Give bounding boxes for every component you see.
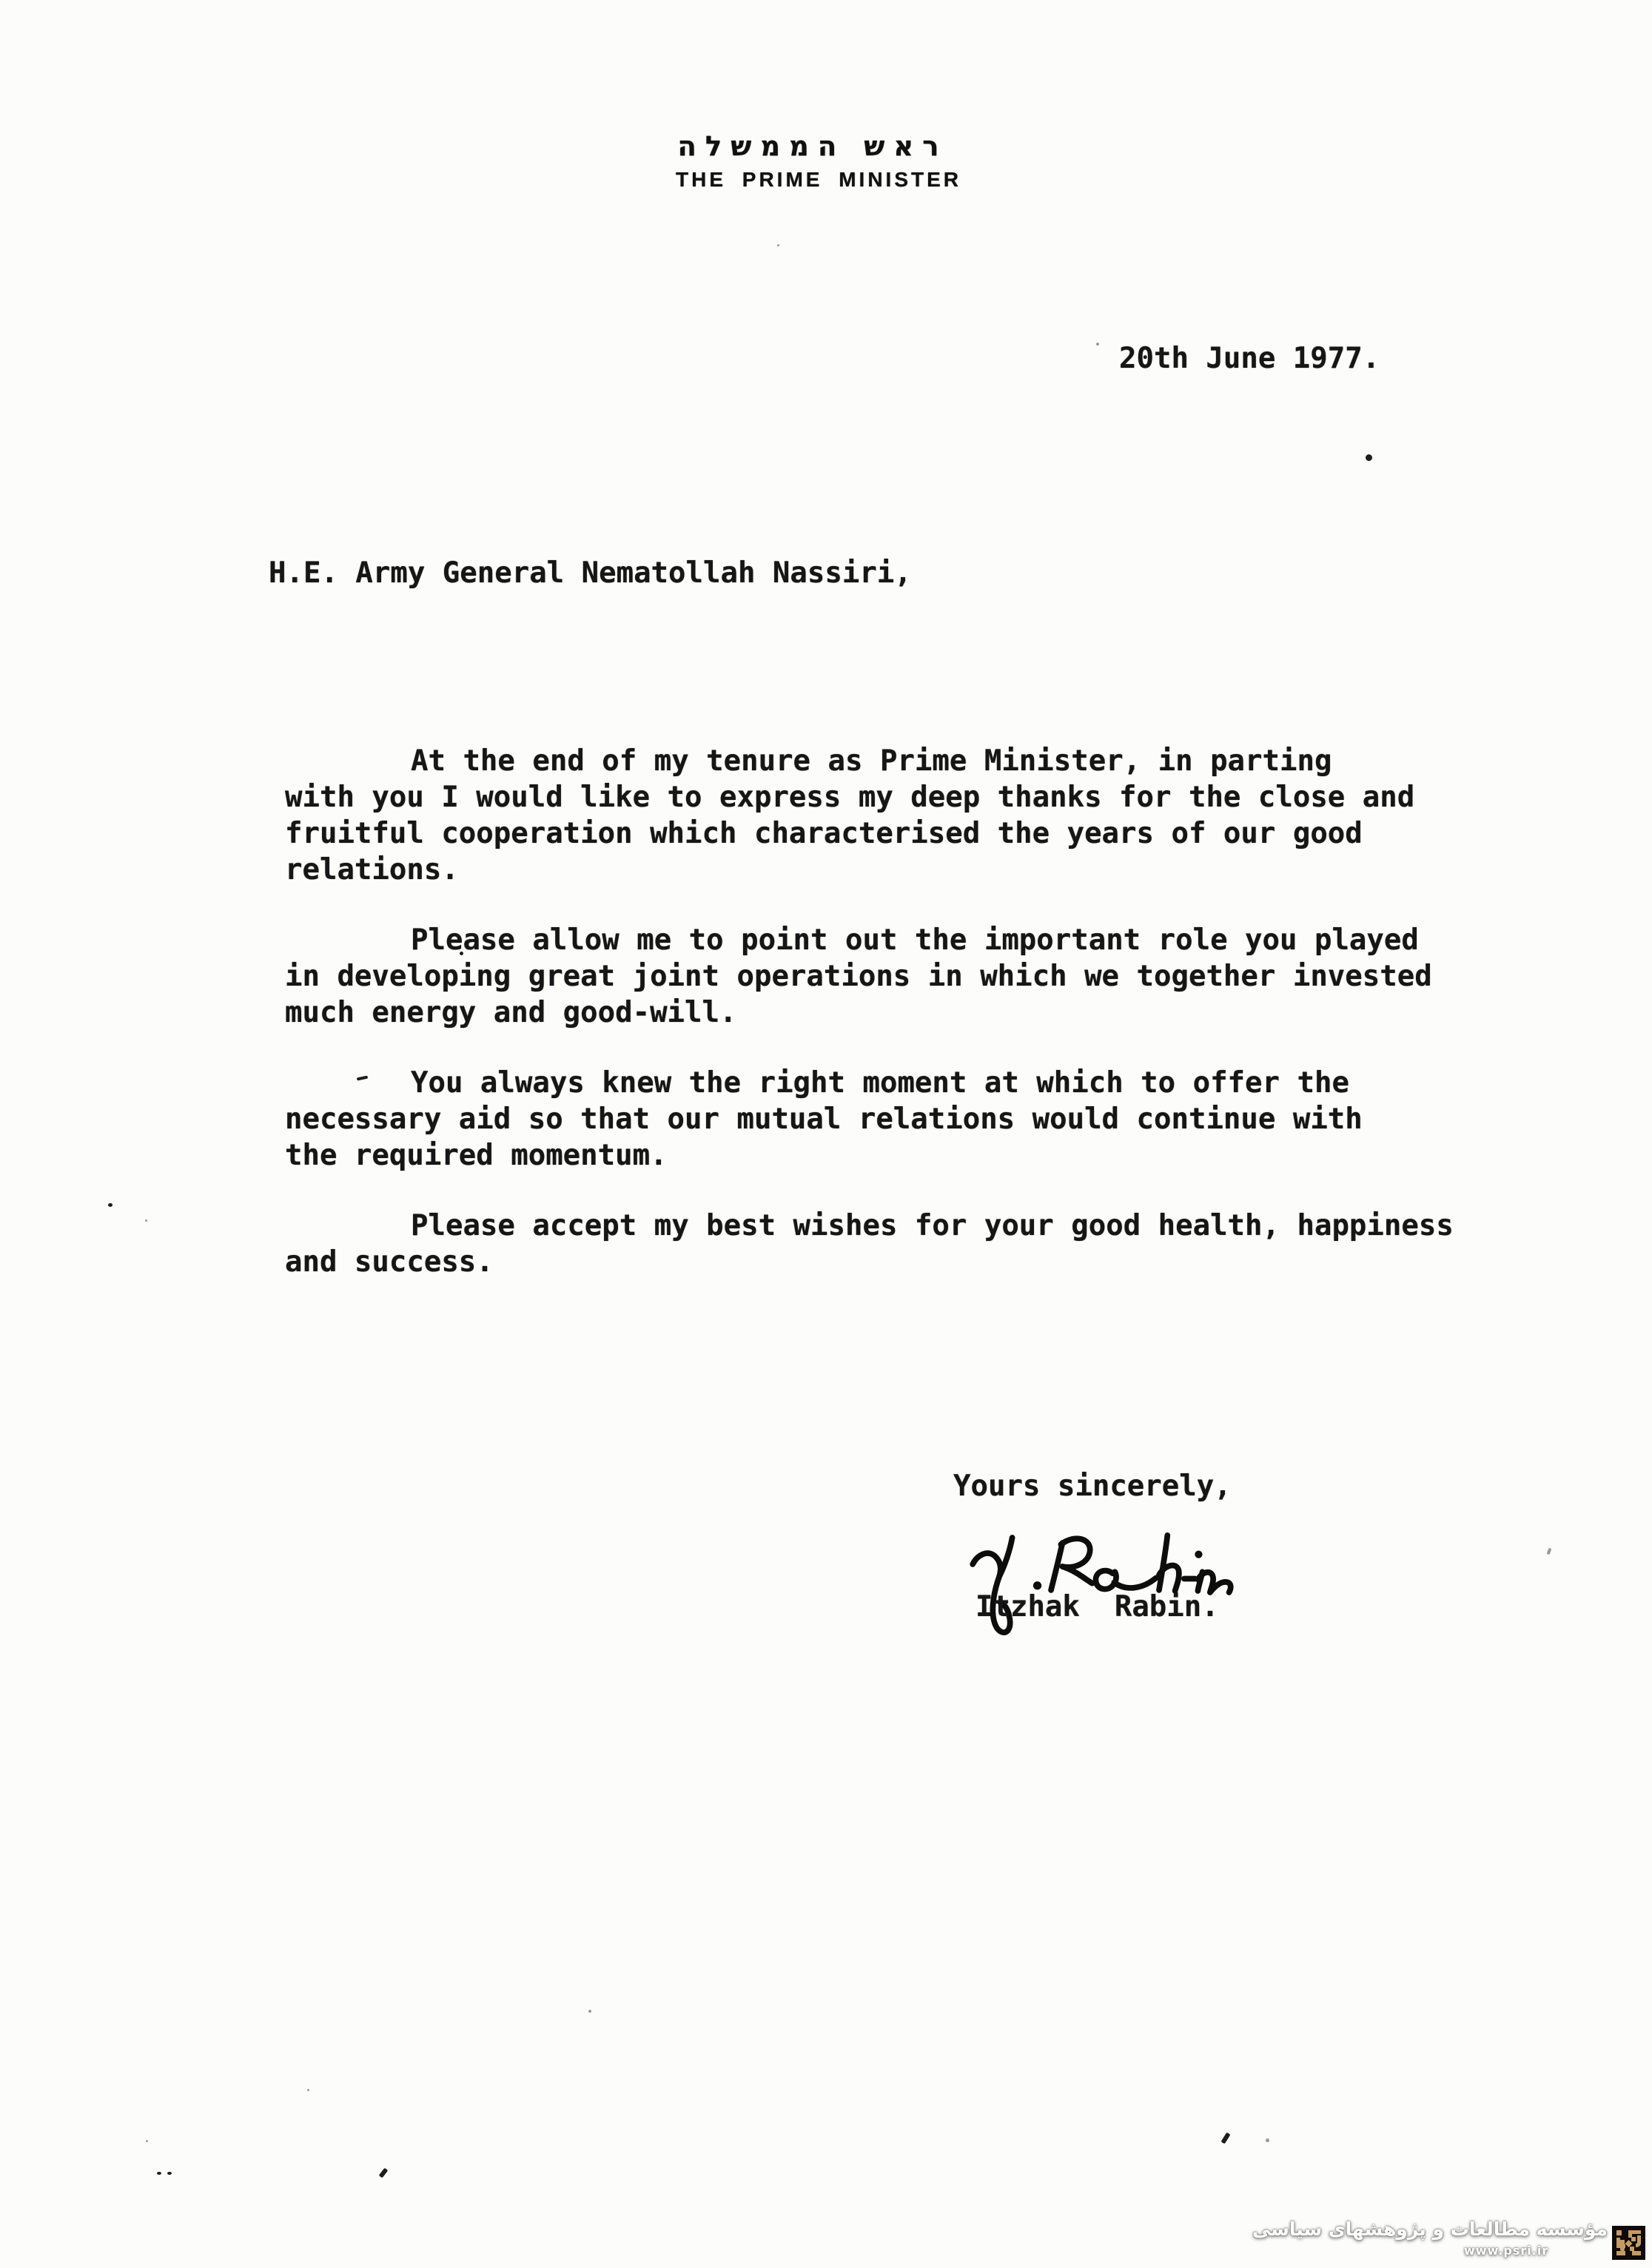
scan-speck [1096, 343, 1099, 346]
scan-speck [379, 2168, 389, 2178]
scan-speck [145, 1219, 147, 1222]
watermark-url: www.psri.ir [1464, 2244, 1548, 2258]
letter-body: At the end of my tenure as Prime Ministe… [285, 743, 1558, 1314]
body-paragraph: Please accept my best wishes for your go… [285, 1208, 1558, 1280]
psri-logo-icon [1612, 2226, 1645, 2260]
addressee-line: H.E. Army General Nematollah Nassiri, [269, 556, 912, 590]
scan-speck [460, 952, 463, 955]
scan-speck [1220, 2133, 1230, 2144]
scan-speck [146, 2140, 148, 2142]
scan-speck [1266, 2139, 1269, 2142]
body-paragraph: You always knew the right moment at whic… [285, 1065, 1558, 1174]
scan-speck [588, 2010, 591, 2013]
typed-signature-name: Itzhak Rabin. [976, 1590, 1219, 1623]
letter-page: ראש הממשלה THE PRIME MINISTER 20th June … [0, 0, 1652, 2268]
scan-speck [157, 2172, 161, 2175]
scan-speck [167, 2172, 172, 2175]
valediction: Yours sincerely, [953, 1470, 1232, 1503]
scan-speck [1366, 454, 1372, 461]
letterhead-english-title: THE PRIME MINISTER [676, 168, 961, 192]
scan-speck [307, 2089, 309, 2091]
scan-speck [1547, 1548, 1552, 1555]
body-paragraph: At the end of my tenure as Prime Ministe… [285, 743, 1558, 888]
scan-speck [108, 1203, 113, 1207]
letterhead-hebrew-title: ראש הממשלה [678, 130, 948, 162]
watermark-organization-text: مؤسسه مطالعات و پژوهشهای سیاسی [1252, 2218, 1608, 2240]
scan-speck [777, 244, 779, 246]
body-paragraph: Please allow me to point out the importa… [285, 922, 1558, 1031]
date-line: 20th June 1977. [1119, 342, 1380, 375]
